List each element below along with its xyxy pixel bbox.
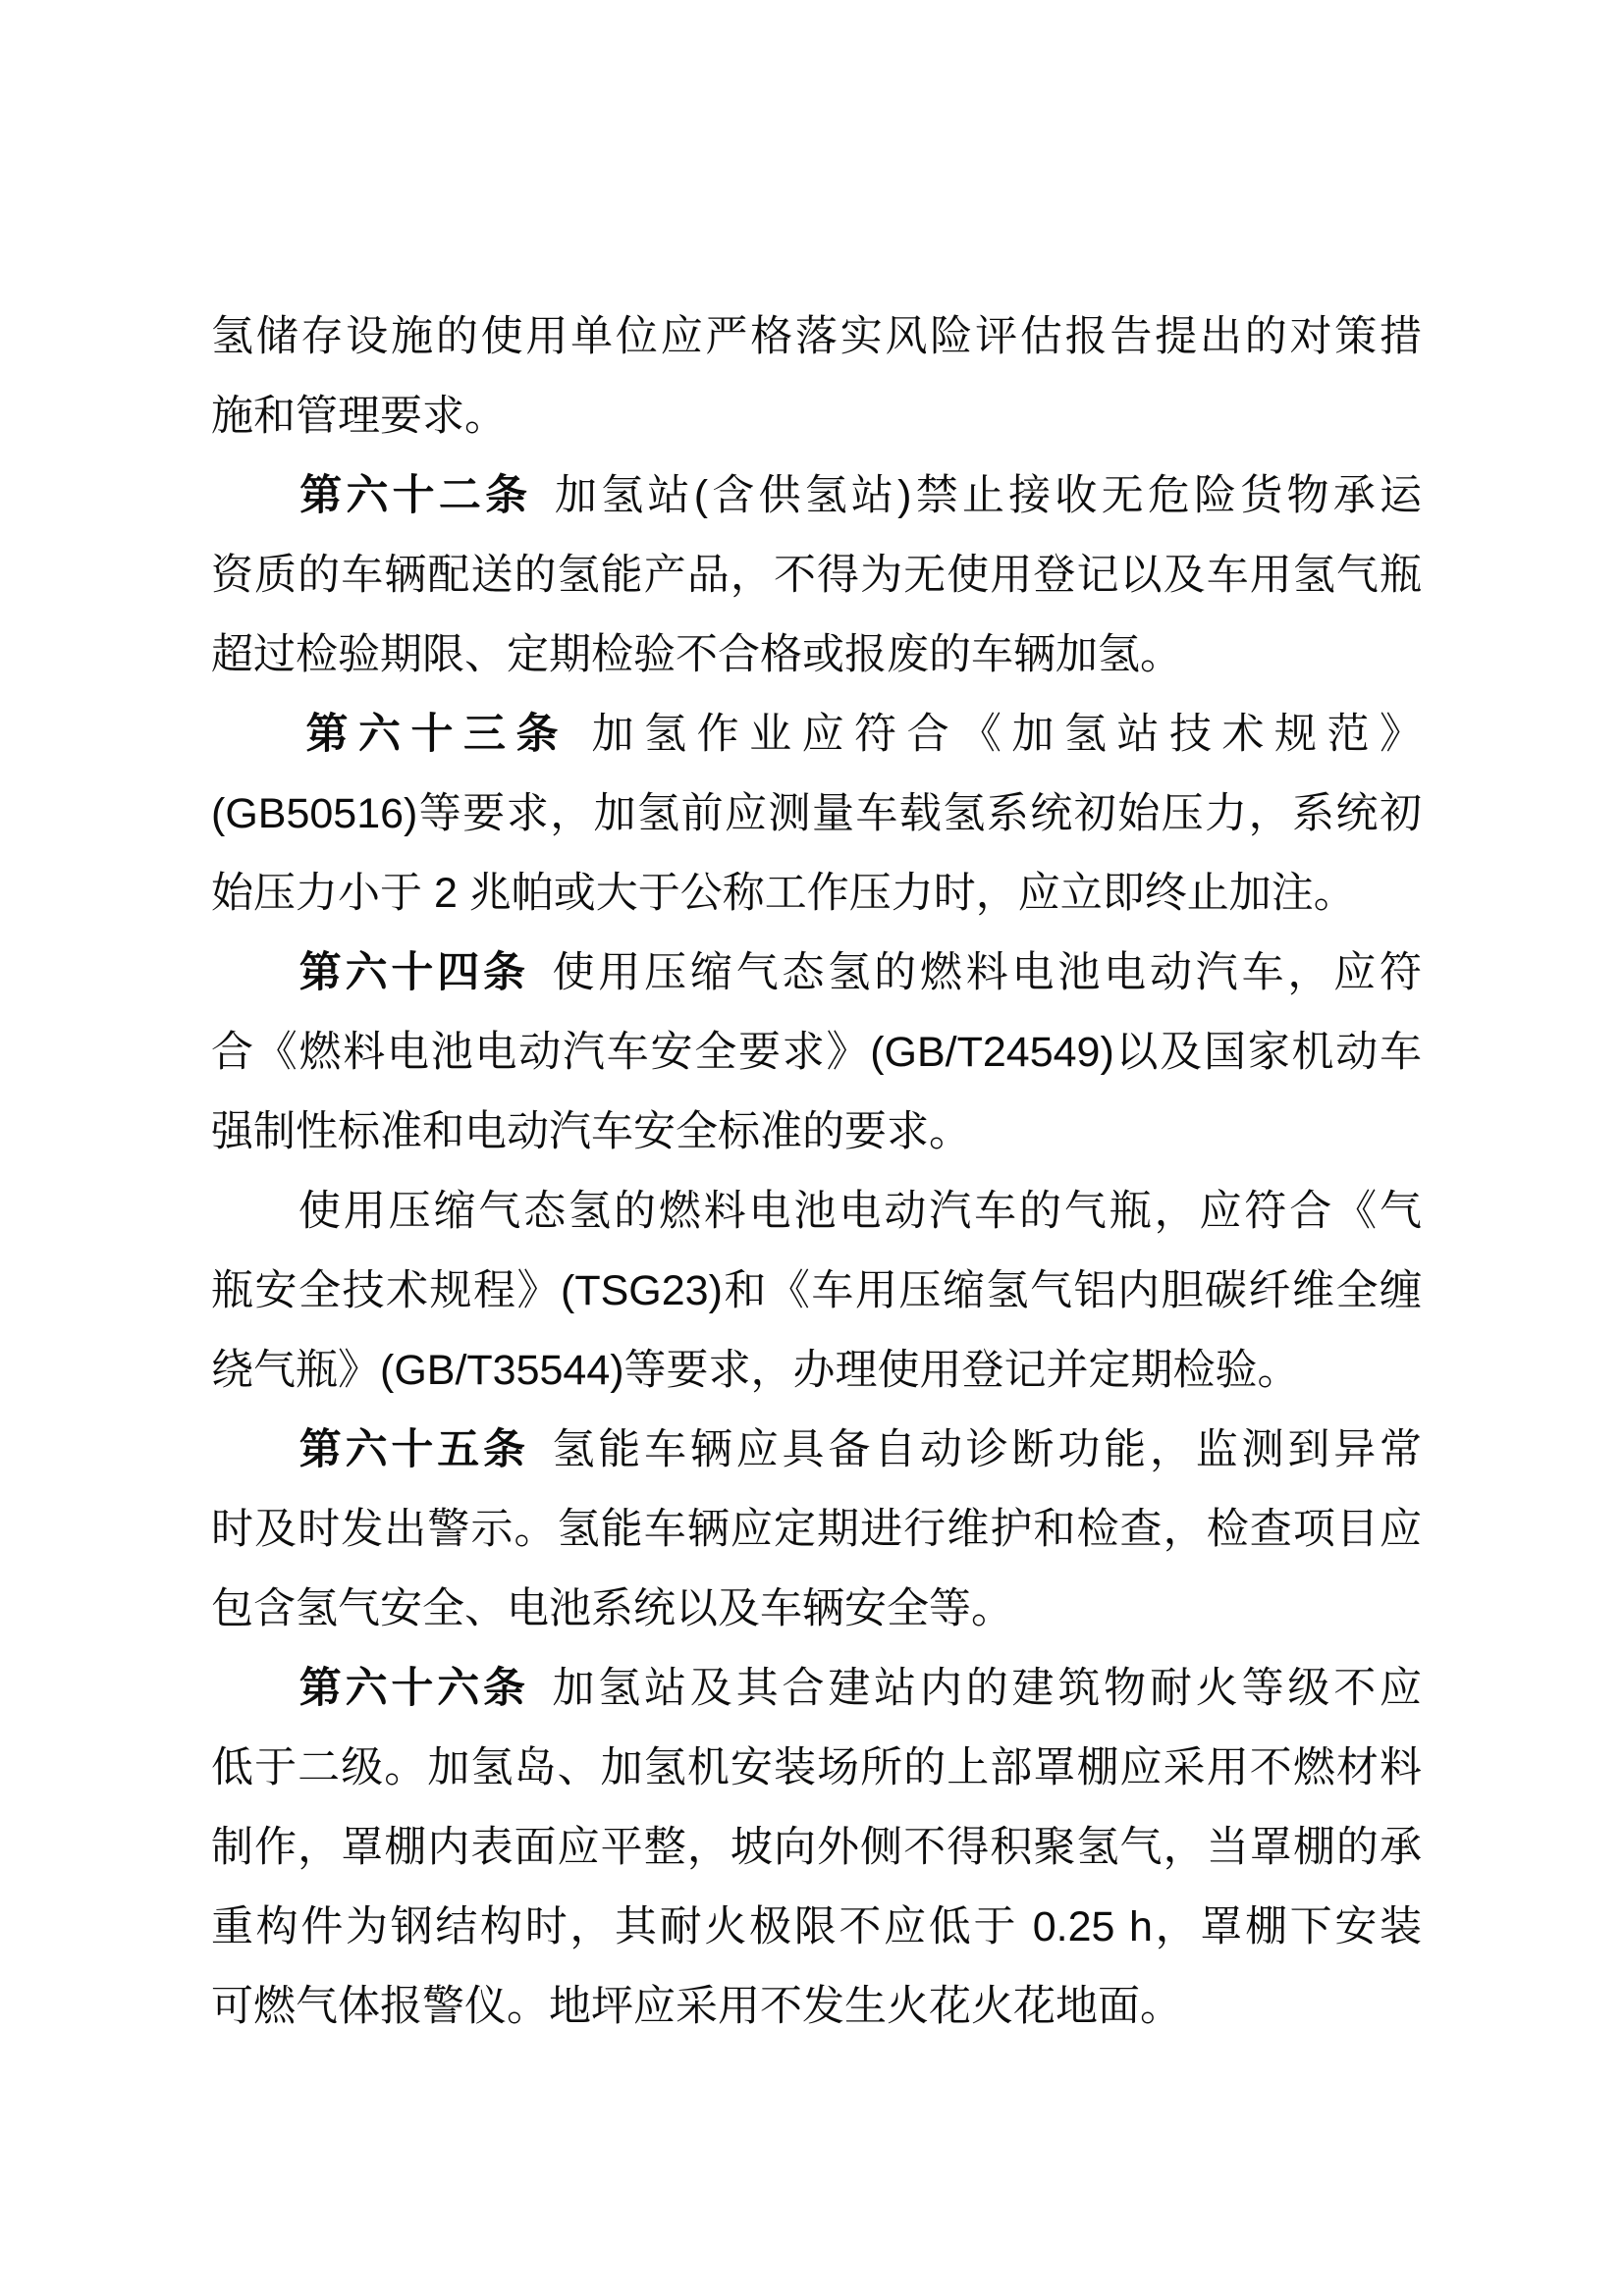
text-line: 施和管理要求。 [211,377,1422,456]
line-text: (GB50516)等要求，加氢前应测量车载氢系统初始压力，系统初 [211,790,1422,837]
text-line: 第六十五条氢能车辆应具备自动诊断功能，监测到异常 [211,1411,1422,1490]
line-text: 加氢站及其合建站内的建筑物耐火等级不应 [552,1665,1422,1712]
text-line: 瓶安全技术规程》(TSG23)和《车用压缩氢气铝内胆碳纤维全缠 [211,1252,1422,1331]
line-text: 氢能车辆应具备自动诊断功能，监测到异常 [552,1426,1422,1473]
line-text: 加氢作业应符合《加氢站技术规范》 [592,711,1422,758]
line-text: 始压力小于 2 兆帕或大于公称工作压力时，应立即终止加注。 [211,870,1356,917]
clause-number: 第六十六条 [296,1665,529,1712]
text-line: 包含氢气安全、电池系统以及车辆安全等。 [211,1570,1422,1649]
line-text: 超过检验期限、定期检验不合格或报废的车辆加氢。 [211,631,1182,678]
paragraph-indent [211,747,296,748]
line-text: 低于二级。加氢岛、加氢机安装场所的上部罩棚应采用不燃材料 [211,1744,1422,1791]
line-text: 制作，罩棚内表面应平整，坡向外侧不得积聚氢气，当罩棚的承 [211,1824,1422,1871]
document-text-block: 氢储存设施的使用单位应严格落实风险评估报告提出的对策措 施和管理要求。 第六十二… [211,297,1422,2047]
clause-number: 第六十二条 [296,472,531,519]
text-line: 低于二级。加氢岛、加氢机安装场所的上部罩棚应采用不燃材料 [211,1729,1422,1808]
clause-number: 第六十四条 [296,949,529,996]
line-text: 重构件为钢结构时，其耐火极限不应低于 0.25 h，罩棚下安装 [211,1903,1422,1950]
line-text: 可燃气体报警仪。地坪应采用不发生火花火花地面。 [211,1983,1182,2030]
text-line: 资质的车辆配送的氢能产品，不得为无使用登记以及车用氢气瓶 [211,536,1422,615]
text-line: 绕气瓶》(GB/T35544)等要求，办理使用登记并定期检验。 [211,1331,1422,1411]
line-text: 施和管理要求。 [211,393,507,440]
line-text: 使用压缩气态氢的燃料电池电动汽车，应符 [552,949,1422,996]
line-text: 包含氢气安全、电池系统以及车辆安全等。 [211,1585,1013,1632]
line-text: 时及时发出警示。氢能车辆应定期进行维护和检查，检查项目应 [211,1506,1422,1553]
text-line: 时及时发出警示。氢能车辆应定期进行维护和检查，检查项目应 [211,1490,1422,1570]
text-line: 氢储存设施的使用单位应严格落实风险评估报告提出的对策措 [211,297,1422,377]
line-text: 瓶安全技术规程》(TSG23)和《车用压缩氢气铝内胆碳纤维全缠 [211,1267,1422,1314]
text-line: 第六十四条使用压缩气态氢的燃料电池电动汽车，应符 [211,934,1422,1013]
line-text: 资质的车辆配送的氢能产品，不得为无使用登记以及车用氢气瓶 [211,552,1422,599]
document-page: 氢储存设施的使用单位应严格落实风险评估报告提出的对策措 施和管理要求。 第六十二… [0,0,1624,2296]
paragraph-indent [211,1701,296,1702]
text-line: 第六十六条加氢站及其合建站内的建筑物耐火等级不应 [211,1649,1422,1729]
line-text: 绕气瓶》(GB/T35544)等要求，办理使用登记并定期检验。 [211,1347,1300,1394]
line-text: 使用压缩气态氢的燃料电池电动汽车的气瓶，应符合《气 [296,1188,1422,1235]
clause-number: 第六十三条 [296,711,568,758]
text-line: 始压力小于 2 兆帕或大于公称工作压力时，应立即终止加注。 [211,854,1422,934]
text-line: 第六十三条加氢作业应符合《加氢站技术规范》 [211,695,1422,774]
paragraph-indent [211,1224,296,1225]
text-line: 可燃气体报警仪。地坪应采用不发生火花火花地面。 [211,1967,1422,2047]
text-line: 合《燃料电池电动汽车安全要求》(GB/T24549)以及国家机动车 [211,1013,1422,1093]
text-line: (GB50516)等要求，加氢前应测量车载氢系统初始压力，系统初 [211,774,1422,854]
paragraph-indent [211,986,296,987]
line-text: 合《燃料电池电动汽车安全要求》(GB/T24549)以及国家机动车 [211,1029,1422,1076]
text-line: 制作，罩棚内表面应平整，坡向外侧不得积聚氢气，当罩棚的承 [211,1808,1422,1888]
text-line: 强制性标准和电动汽车安全标准的要求。 [211,1093,1422,1172]
paragraph-indent [211,508,296,509]
line-text: 氢储存设施的使用单位应严格落实风险评估报告提出的对策措 [211,313,1422,360]
clause-number: 第六十五条 [296,1426,529,1473]
text-line: 使用压缩气态氢的燃料电池电动汽车的气瓶，应符合《气 [211,1172,1422,1252]
text-line: 重构件为钢结构时，其耐火极限不应低于 0.25 h，罩棚下安装 [211,1888,1422,1967]
line-text: 强制性标准和电动汽车安全标准的要求。 [211,1108,971,1155]
text-line: 超过检验期限、定期检验不合格或报废的车辆加氢。 [211,615,1422,695]
paragraph-indent [211,1463,296,1464]
text-line: 第六十二条加氢站(含供氢站)禁止接收无危险货物承运 [211,456,1422,536]
line-text: 加氢站(含供氢站)禁止接收无危险货物承运 [555,472,1422,519]
